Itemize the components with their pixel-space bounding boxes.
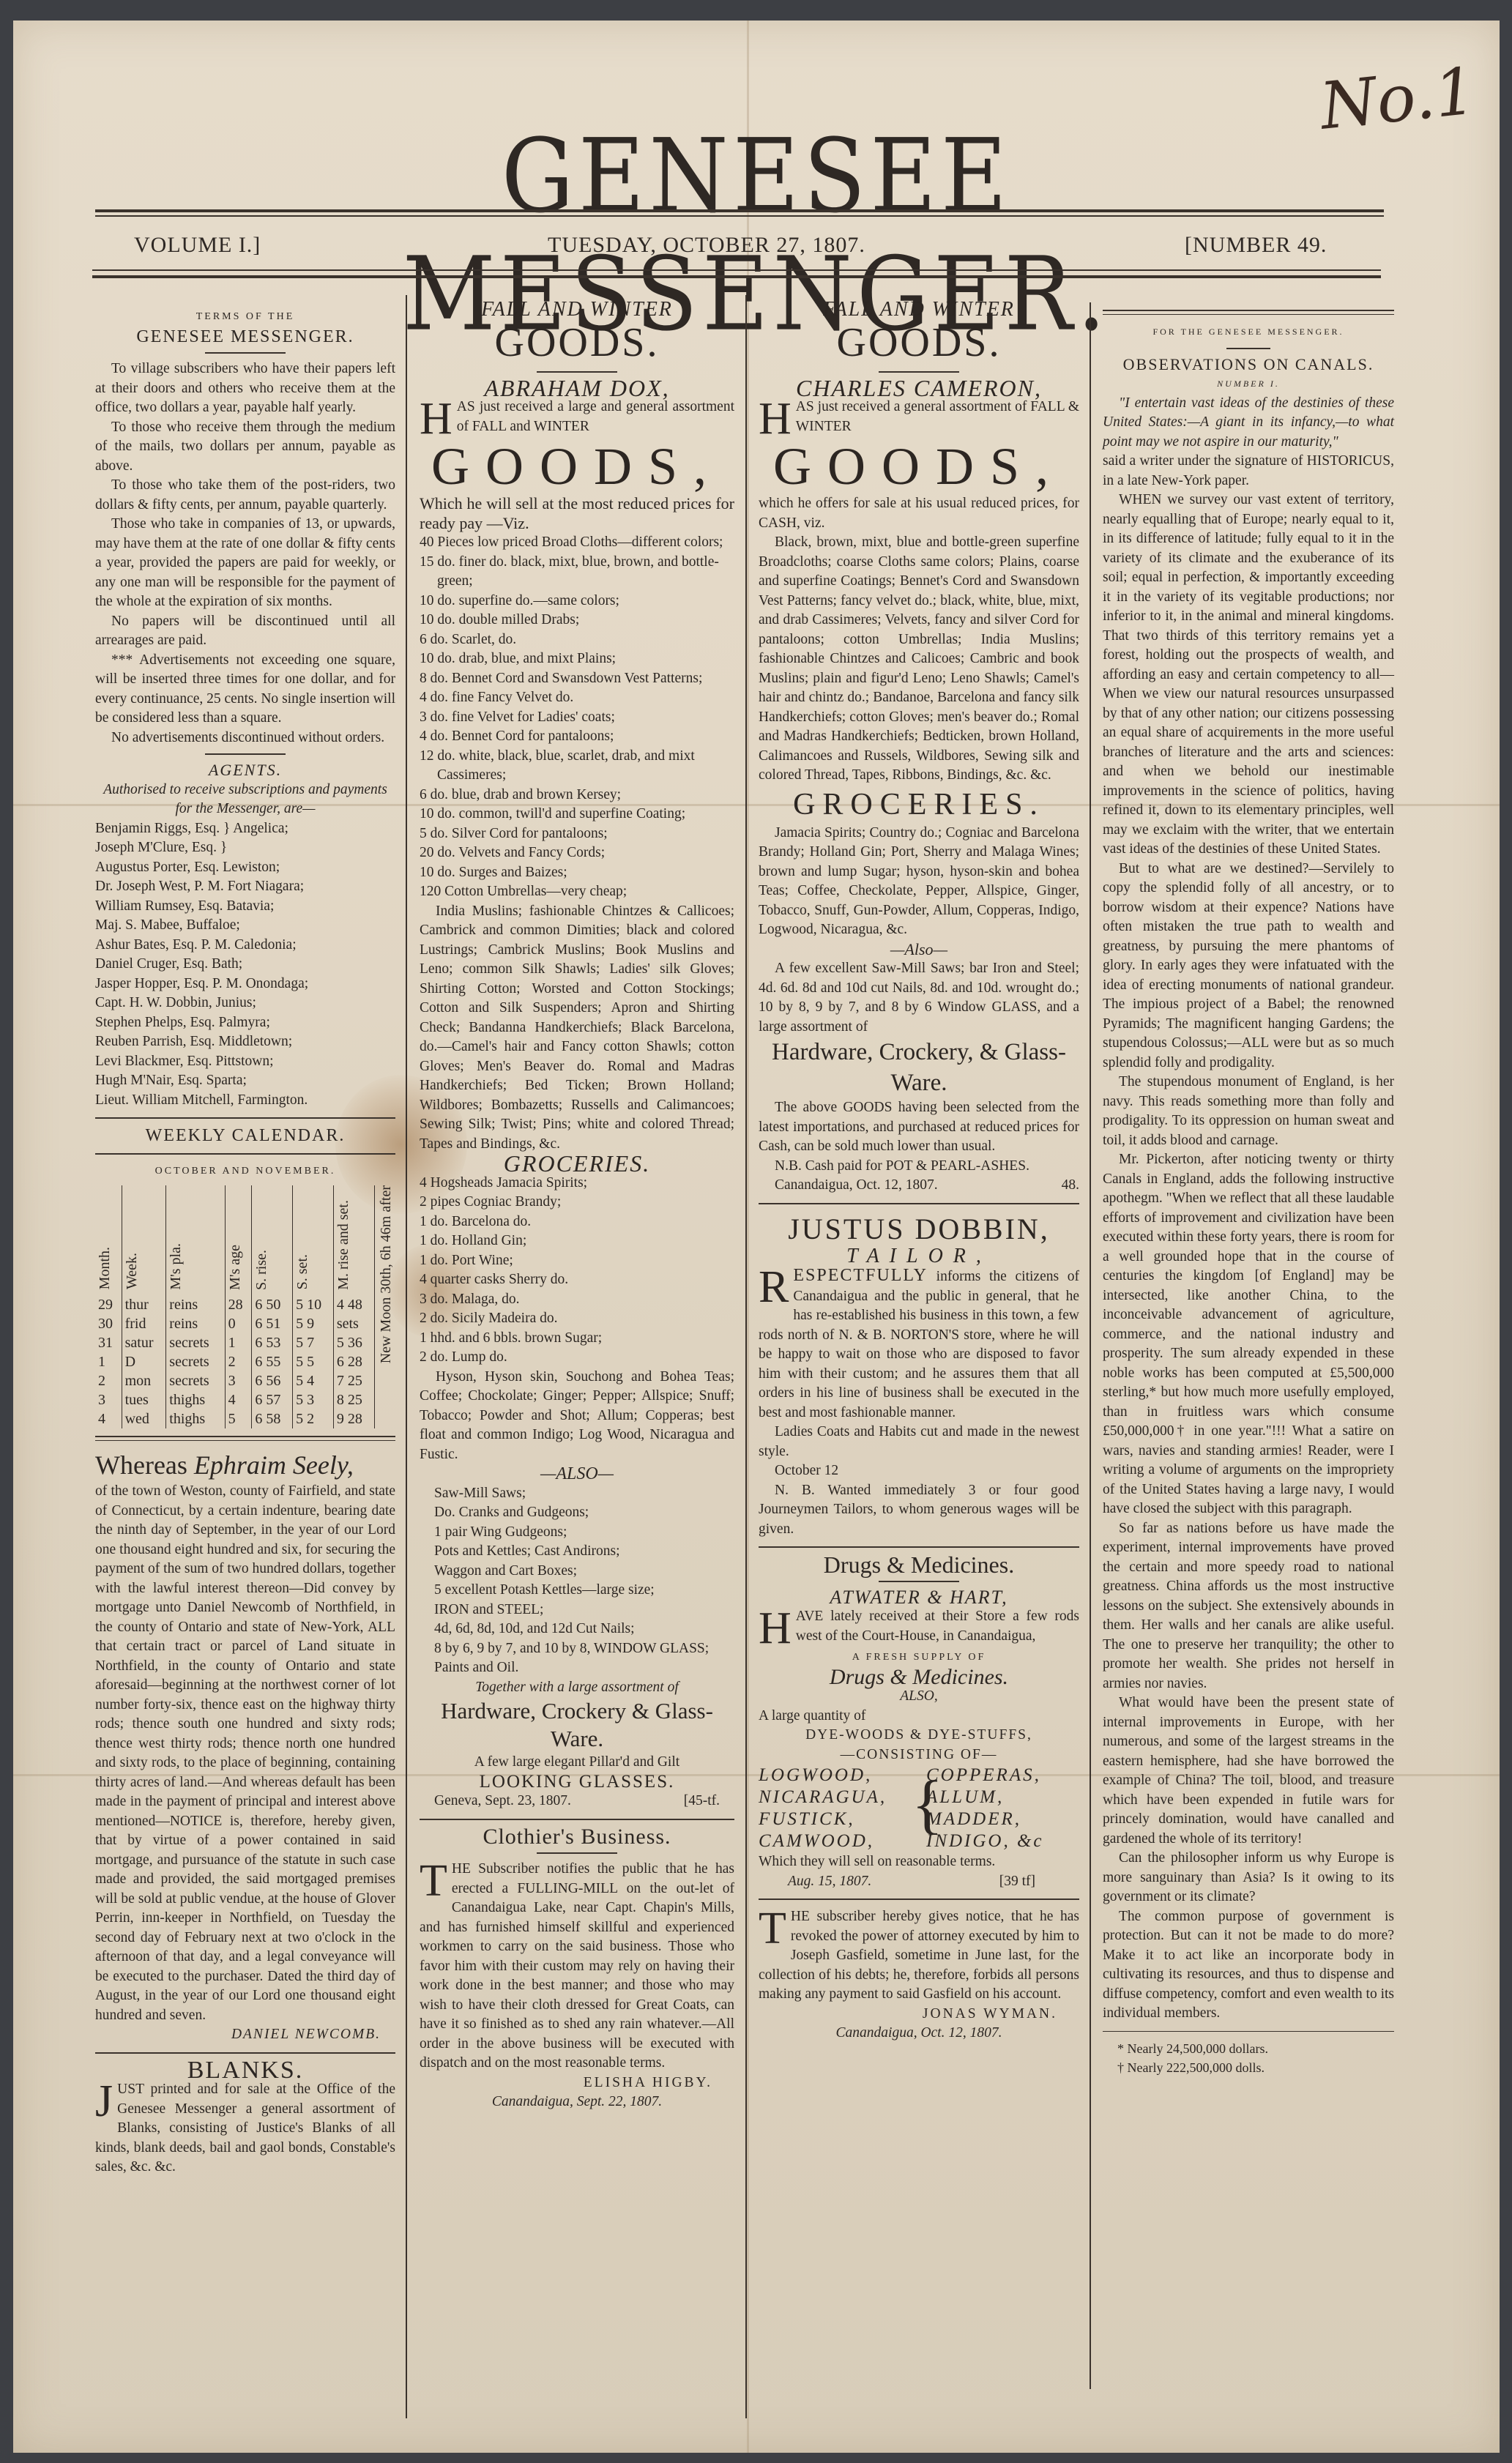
ad-date: October 12	[759, 1461, 1079, 1481]
ad-footer: Geneva, Sept. 23, 1807. [45-tf.	[420, 1792, 734, 1811]
column-rule	[1090, 302, 1091, 2389]
also-item: Waggon and Cart Boxes;	[434, 1562, 734, 1581]
divider	[205, 753, 286, 755]
essay-number: NUMBER I.	[1103, 374, 1394, 394]
terms-section: TERMS OF THE GENESEE MESSENGER. To villa…	[95, 308, 395, 748]
column-4: FOR THE GENESEE MESSENGER. OBSERVATIONS …	[1103, 310, 1394, 2078]
goods-item: 10 do. Surges and Baizes;	[420, 863, 734, 883]
divider	[420, 1819, 734, 1820]
terms-paragraph: No advertisements discontinued without o…	[95, 729, 395, 748]
fold-crease	[747, 21, 749, 2453]
terms-kicker: TERMS OF THE	[95, 308, 395, 327]
agent-entry: Levi Blackmer, Esq. Pittstown;	[95, 1052, 395, 1072]
cell: 5 2	[293, 1409, 334, 1428]
dye-item: MADDER,	[926, 1808, 1079, 1830]
agent-entry: Joseph M'Clure, Esq. }	[95, 838, 395, 858]
ad-dateline: Canandaigua, Sept. 22, 1807.	[420, 2093, 734, 2112]
divider	[879, 1581, 959, 1582]
cell: 6 56	[252, 1371, 293, 1390]
agent-entry: Capt. H. W. Dobbin, Junius;	[95, 994, 395, 1013]
agent-entry: Lieut. William Mitchell, Farmington.	[95, 1091, 395, 1111]
goods-item: 15 do. finer do. black, mixt, blue, brow…	[420, 553, 734, 592]
column-rule	[745, 295, 747, 2418]
hardware-display: Hardware, Crockery, & Glass-Ware.	[759, 1037, 1079, 1098]
agent-entry: Reuben Parrish, Esq. Middletown;	[95, 1032, 395, 1052]
ad-heading: GOODS.	[420, 320, 734, 365]
grocery-item: 1 do. Barcelona do.	[420, 1212, 734, 1232]
agent-entry: Dr. Joseph West, P. M. Fort Niagara;	[95, 877, 395, 897]
heading-word: Whereas	[95, 1450, 187, 1480]
divider	[1103, 310, 1394, 311]
cell: 29	[95, 1295, 122, 1314]
cell: 4	[225, 1390, 252, 1409]
also-item: 1 pair Wing Gudgeons;	[434, 1523, 734, 1543]
ad-ref: [39 tf]	[999, 1872, 1035, 1892]
nb-line: N.B. Cash paid for POT & PEARL-ASHES.	[759, 1157, 1079, 1177]
essay-heading: OBSERVATIONS ON CANALS.	[1103, 355, 1394, 375]
goods-item: 10 do. superfine do.—same colors;	[420, 592, 734, 611]
cell: 2	[95, 1371, 122, 1390]
grocery-item: 2 do. Sicily Madeira do.	[420, 1309, 734, 1329]
divider	[95, 215, 1384, 217]
divider	[95, 1153, 395, 1155]
goods-item: 120 Cotton Umbrellas—very cheap;	[420, 882, 734, 902]
essay-paragraph: WHEN we survey our vast extent of territ…	[1103, 491, 1394, 860]
goods-item: 10 do. common, twill'd and superfine Coa…	[420, 805, 734, 824]
ad-heading: JUSTUS DOBBIN,	[759, 1212, 1079, 1247]
essay-quote: "I entertain vast ideas of the destinies…	[1103, 394, 1394, 452]
also-item: 4d, 6d, 8d, 10d, and 12d Cut Nails;	[434, 1620, 734, 1639]
divider	[92, 275, 1381, 278]
also-item: Paints and Oil.	[434, 1658, 734, 1678]
goods-item: 6 do. blue, drab and brown Kersey;	[420, 786, 734, 805]
terms-paragraph: To those who take them of the post-rider…	[95, 476, 395, 515]
also-list: Saw-Mill Saws; Do. Cranks and Gudgeons; …	[420, 1484, 734, 1678]
agents-intro: Authorised to receive subscriptions and …	[95, 780, 395, 819]
cell: secrets	[166, 1371, 225, 1390]
cameron-advertisement: FALL AND WINTER GOODS. CHARLES CAMERON, …	[759, 300, 1079, 1196]
goods-item: 4 do. fine Fancy Velvet do.	[420, 688, 734, 708]
hardware-display: Hardware, Crockery & Glass-Ware.	[420, 1697, 734, 1753]
dye-list-left: LOGWOOD, NICARAGUA, FUSTICK, CAMWOOD,	[759, 1765, 912, 1852]
agents-list: Benjamin Riggs, Esq. } Angelica; Joseph …	[95, 819, 395, 1111]
also-item: 8 by 6, 9 by 7, and 10 by 8, WINDOW GLAS…	[434, 1639, 734, 1659]
cell: tues	[122, 1390, 166, 1409]
divider	[1226, 348, 1270, 349]
cell: 3	[225, 1371, 252, 1390]
cell: 31	[95, 1333, 122, 1352]
divider	[95, 1436, 395, 1437]
signature: ELISHA HIGBY.	[420, 2073, 734, 2093]
dox-advertisement: FALL AND WINTER GOODS. ABRAHAM DOX, H AS…	[420, 300, 734, 1811]
clothier-advertisement: Clothier's Business. T HE Subscriber not…	[420, 1827, 734, 2112]
dye-list: LOGWOOD, NICARAGUA, FUSTICK, CAMWOOD, { …	[759, 1765, 1079, 1852]
lead-caps: ESPECTFULLY	[793, 1266, 928, 1285]
consisting-line: —CONSISTING OF—	[759, 1745, 1079, 1765]
calendar-header-row: Month. Week. M's pla. M's age S. rise. S…	[95, 1185, 374, 1295]
dry-goods-paragraph: India Muslins; fashionable Chintzes & Ca…	[420, 902, 734, 1155]
cell: 8 25	[333, 1390, 373, 1409]
agent-entry: Stephen Phelps, Esq. Palmyra;	[95, 1013, 395, 1033]
cell: 30	[95, 1314, 122, 1333]
notice-dateline: Canandaigua, Oct. 12, 1807.	[759, 2024, 1079, 2043]
essay-paragraph: So far as nations before us have made th…	[1103, 1519, 1394, 1694]
merchant-name: CHARLES CAMERON,	[759, 379, 1079, 398]
divider	[537, 371, 617, 373]
calendar-subheading: OCTOBER AND NOVEMBER.	[95, 1162, 395, 1182]
cell: 0	[225, 1314, 252, 1333]
cell: 7 25	[333, 1371, 373, 1390]
essay-paragraph: Mr. Pickerton, after noticing twenty or …	[1103, 1150, 1394, 1519]
groceries-heading: GROCERIES.	[420, 1154, 734, 1174]
brace-icon: {	[912, 1765, 926, 1852]
goods-list: 40 Pieces low priced Broad Cloths—differ…	[420, 533, 734, 902]
drugs-advertisement: Drugs & Medicines. ATWATER & HART, H AVE…	[759, 1555, 1079, 1891]
wyman-notice: T HE subscriber hereby gives notice, tha…	[759, 1907, 1079, 2043]
grocery-item: 1 do. Port Wine;	[420, 1251, 734, 1271]
goods-item: 4 do. Bennet Cord for pantaloons;	[420, 727, 734, 747]
cell: wed	[122, 1409, 166, 1428]
calendar-row: 2monsecrets36 565 47 25	[95, 1371, 374, 1390]
essay-quote-attribution: said a writer under the signature of HIS…	[1103, 452, 1394, 491]
cell: 6 53	[252, 1333, 293, 1352]
ad-heading: Clothier's Business.	[420, 1827, 734, 1847]
issue-number: [NUMBER 49.	[1185, 233, 1327, 258]
cell: satur	[122, 1333, 166, 1352]
also-item: IRON and STEEL;	[434, 1601, 734, 1620]
looking-glass-line: A few large elegant Pillar'd and Gilt	[420, 1753, 734, 1773]
clothier-body-wrap: T HE Subscriber notifies the public that…	[420, 1860, 734, 2073]
blanks-heading: BLANKS.	[95, 2061, 395, 2081]
agents-section: AGENTS. Authorised to receive subscripti…	[95, 761, 395, 1110]
together-line: Together with a large assortment of	[420, 1678, 734, 1698]
heading-name: Ephraim Seely,	[194, 1450, 354, 1480]
cell: reins	[166, 1314, 225, 1333]
goods-item: 20 do. Velvets and Fancy Cords;	[420, 843, 734, 863]
dye-list-right: COPPERAS, ALLUM, MADDER, INDIGO, &c	[926, 1765, 1079, 1852]
grocery-item: 4 Hogsheads Jamacia Spirits;	[420, 1174, 734, 1193]
cell: 3	[95, 1390, 122, 1409]
column-header: S. rise.	[252, 1250, 272, 1290]
merchant-name: ABRAHAM DOX,	[420, 379, 734, 398]
groceries-heading: GROCERIES.	[759, 786, 1079, 824]
dateline: VOLUME I.] TUESDAY, OCTOBER 27, 1807. [N…	[108, 233, 1390, 262]
cell: 5 5	[293, 1352, 334, 1371]
clothier-body: HE Subscriber notifies the public that h…	[420, 1861, 734, 2071]
quantity-line: A large quantity of	[759, 1707, 1079, 1726]
terms-paragraph: To village subscribers who have their pa…	[95, 359, 395, 418]
goods-item: 12 do. white, black, blue, scarlet, drab…	[420, 747, 734, 786]
cell: thur	[122, 1295, 166, 1314]
canals-essay: FOR THE GENESEE MESSENGER. OBSERVATIONS …	[1103, 322, 1394, 2078]
divider	[537, 1852, 617, 1854]
grocery-item: 2 do. Lump do.	[420, 1348, 734, 1368]
moon-phase-note: New Moon 30th, 6h 46m after	[376, 1185, 396, 1363]
ad-intro-wrap: H AS just received a general assortment …	[759, 398, 1079, 436]
agent-entry: Augustus Porter, Esq. Lewiston;	[95, 858, 395, 878]
cell: 2	[225, 1352, 252, 1371]
essay-paragraph: The common purpose of government is prot…	[1103, 1907, 1394, 2024]
essay-paragraph: Can the philosopher inform us why Europe…	[1103, 1849, 1394, 1907]
cell: 1	[95, 1352, 122, 1371]
ad-dateline: Aug. 15, 1807.	[788, 1872, 871, 1892]
drugs-display: Drugs & Medicines.	[759, 1668, 1079, 1688]
also-item: Do. Cranks and Gudgeons;	[434, 1503, 734, 1523]
agents-heading: AGENTS.	[95, 761, 395, 780]
cell: 5 7	[293, 1333, 334, 1352]
goods-item: 3 do. fine Velvet for Ladies' coats;	[420, 708, 734, 728]
merchant-name: ATWATER & HART,	[759, 1588, 1079, 1608]
terms-paragraph: To those who receive them through the me…	[95, 418, 395, 477]
grocery-item: 1 hhd. and 6 bbls. brown Sugar;	[420, 1329, 734, 1349]
ad-footer: Aug. 15, 1807. [39 tf]	[759, 1872, 1079, 1892]
calendar-section: WEEKLY CALENDAR. OCTOBER AND NOVEMBER. M…	[95, 1126, 395, 1428]
cell: reins	[166, 1295, 225, 1314]
divider	[759, 1203, 1079, 1204]
ad-dateline: Geneva, Sept. 23, 1807.	[434, 1792, 571, 1811]
column-header: Month.	[95, 1247, 115, 1289]
looking-glass-caps: LOOKING GLASSES.	[420, 1773, 734, 1792]
cell: frid	[122, 1314, 166, 1333]
terms-heading: GENESEE MESSENGER.	[95, 327, 395, 347]
calendar-row: 29thurreins286 505 104 48	[95, 1295, 374, 1314]
issue-date: TUESDAY, OCTOBER 27, 1807.	[548, 233, 865, 258]
dye-item: LOGWOOD,	[759, 1765, 912, 1786]
drop-cap: H	[759, 399, 792, 439]
column-rule	[406, 295, 407, 2418]
divider	[1103, 2031, 1394, 2032]
cell: 28	[225, 1295, 252, 1314]
calendar-row: 3tuesthighs46 575 38 25	[95, 1390, 374, 1409]
mortgage-body: of the town of Weston, county of Fairfie…	[95, 1482, 395, 2025]
dye-item: COPPERAS,	[926, 1765, 1079, 1786]
dobbin-body: informs the citizens of Canandaigua and …	[759, 1269, 1079, 1420]
dye-item: INDIGO, &c	[926, 1830, 1079, 1852]
blanks-body: UST printed and for sale at the Office o…	[95, 2082, 395, 2175]
cell: 4 48	[333, 1295, 373, 1314]
cell: 5 9	[293, 1314, 334, 1333]
agent-entry: Ashur Bates, Esq. P. M. Caledonia;	[95, 936, 395, 955]
volume-label: VOLUME I.]	[134, 233, 261, 258]
ad-lead: which he offers for sale at his usual re…	[759, 494, 1079, 533]
divider	[759, 1899, 1079, 1900]
ad-dateline: Canandaigua, Oct. 12, 1807.	[775, 1176, 938, 1196]
cell: secrets	[166, 1333, 225, 1352]
cell: 5 3	[293, 1390, 334, 1409]
calendar-table: Month. Week. M's pla. M's age S. rise. S…	[95, 1185, 374, 1428]
ad-kicker: FALL AND WINTER	[759, 300, 1079, 320]
also-heading: —Also—	[759, 940, 1079, 960]
goods-display: GOODS,	[759, 439, 1079, 494]
cell: 6 50	[252, 1295, 293, 1314]
closing-paragraph: The above GOODS having been selected fro…	[759, 1098, 1079, 1157]
grocery-item: 2 pipes Cogniac Brandy;	[420, 1193, 734, 1212]
drop-cap: J	[95, 2082, 113, 2121]
terms-line: Which they will sell on reasonable terms…	[759, 1852, 1079, 1872]
signature: DANIEL NEWCOMB.	[95, 2025, 395, 2045]
handwritten-number: No.1	[1317, 53, 1479, 144]
cell: D	[122, 1352, 166, 1371]
ad-footer: Canandaigua, Oct. 12, 1807. 48.	[759, 1176, 1079, 1196]
footnote: * Nearly 24,500,000 dollars.	[1103, 2039, 1394, 2059]
agent-entry: William Rumsey, Esq. Batavia;	[95, 897, 395, 917]
dobbin-advertisement: JUSTUS DOBBIN, TAILOR, R ESPECTFULLY inf…	[759, 1212, 1079, 1540]
dye-item: FUSTICK,	[759, 1808, 912, 1830]
divider	[1103, 314, 1394, 315]
footnote: † Nearly 222,500,000 dolls.	[1103, 2058, 1394, 2078]
mortgage-notice: Whereas Ephraim Seely, of the town of We…	[95, 1448, 395, 2045]
ad-lead: Which he will sell at the most reduced p…	[420, 494, 734, 533]
agent-entry: Jasper Hopper, Esq. P. M. Onondaga;	[95, 975, 395, 994]
ad-intro: AS just received a general assortment of…	[796, 399, 1079, 434]
ad-kicker: FALL AND WINTER	[420, 300, 734, 320]
cell: thighs	[166, 1390, 225, 1409]
trade-label: TAILOR,	[759, 1247, 1079, 1267]
goods-item: 40 Pieces low priced Broad Cloths—differ…	[420, 533, 734, 553]
calendar-row: 31satursecrets16 535 75 36	[95, 1333, 374, 1352]
goods-item: 10 do. drab, blue, and mixt Plains;	[420, 649, 734, 669]
terms-paragraph: Those who take in companies of 13, or up…	[95, 515, 395, 612]
cell: 5	[225, 1409, 252, 1428]
agent-entry: Daniel Cruger, Esq. Bath;	[95, 955, 395, 975]
cell: 6 57	[252, 1390, 293, 1409]
newspaper-page: No.1 GENESEE MESSENGER. VOLUME I.] TUESD…	[13, 21, 1500, 2453]
cell: secrets	[166, 1352, 225, 1371]
blanks-notice: BLANKS. J UST printed and for sale at th…	[95, 2061, 395, 2177]
groceries-list: 4 Hogsheads Jamacia Spirits; 2 pipes Cog…	[420, 1174, 734, 1368]
essay-paragraph: What would have been the present state o…	[1103, 1693, 1394, 1849]
column-header: S. set.	[293, 1254, 313, 1289]
cell: 1	[225, 1333, 252, 1352]
drop-cap: T	[759, 1909, 786, 1948]
divider	[95, 2052, 395, 2054]
column-header: M's pla.	[166, 1243, 186, 1290]
ad-heading: Drugs & Medicines.	[759, 1555, 1079, 1575]
calendar-heading: WEEKLY CALENDAR.	[95, 1126, 395, 1146]
goods-item: 10 do. double milled Drabs;	[420, 611, 734, 630]
divider	[879, 371, 959, 373]
essay-kicker: FOR THE GENESEE MESSENGER.	[1103, 322, 1394, 342]
groceries-paragraph: Jamacia Spirits; Country do.; Cogniac an…	[759, 824, 1079, 940]
ad-ref: [45-tf.	[684, 1792, 720, 1811]
signature: JONAS WYMAN.	[759, 2005, 1079, 2024]
divider	[95, 1117, 395, 1119]
essay-paragraph: But to what are we destined?—Servilely t…	[1103, 860, 1394, 1073]
essay-paragraph: The stupendous monument of England, is h…	[1103, 1073, 1394, 1150]
calendar-table-wrap: Month. Week. M's pla. M's age S. rise. S…	[95, 1185, 395, 1428]
ad-ref: 48.	[1062, 1176, 1079, 1196]
cell: sets	[333, 1314, 373, 1333]
dyes-line: DYE-WOODS & DYE-STUFFS,	[759, 1726, 1079, 1745]
dye-item: ALLUM,	[926, 1786, 1079, 1808]
drugs-intro-wrap: H AVE lately received at their Store a f…	[759, 1607, 1079, 1646]
divider	[205, 352, 286, 354]
column-header: M. rise and set.	[334, 1200, 354, 1290]
cell: 6 58	[252, 1409, 293, 1428]
cell: 9 28	[333, 1409, 373, 1428]
cell: 5 4	[293, 1371, 334, 1390]
also-item: Saw-Mill Saws;	[434, 1484, 734, 1504]
cell: 6 51	[252, 1314, 293, 1333]
divider	[95, 209, 1384, 212]
goods-display: GOODS,	[420, 439, 734, 494]
dry-goods-paragraph: Black, brown, mixt, blue and bottle-gree…	[759, 533, 1079, 786]
column-1: TERMS OF THE GENESEE MESSENGER. To villa…	[95, 308, 395, 2177]
goods-item: 5 do. Silver Cord for pantaloons;	[420, 824, 734, 844]
goods-item: 8 do. Bennet Cord and Swansdown Vest Pat…	[420, 669, 734, 689]
cell: 6 55	[252, 1352, 293, 1371]
divider	[92, 269, 1381, 271]
column-2: FALL AND WINTER GOODS. ABRAHAM DOX, H AS…	[420, 300, 734, 2112]
agent-entry: Maj. S. Mabee, Buffaloe;	[95, 916, 395, 936]
column-3: FALL AND WINTER GOODS. CHARLES CAMERON, …	[759, 300, 1079, 2043]
grocery-item: 3 do. Malaga, do.	[420, 1290, 734, 1310]
drugs-intro: AVE lately received at their Store a few…	[796, 1609, 1079, 1644]
calendar-row: 4wedthighs56 585 29 28	[95, 1409, 374, 1428]
drop-cap: H	[759, 1609, 792, 1648]
ad-heading: GOODS.	[759, 320, 1079, 365]
also-item: 5 excellent Potash Kettles—large size;	[434, 1581, 734, 1601]
terms-paragraph: *** Advertisements not exceeding one squ…	[95, 651, 395, 729]
divider	[759, 1546, 1079, 1548]
cell: mon	[122, 1371, 166, 1390]
cell: 4	[95, 1409, 122, 1428]
dobbin-body-wrap: R ESPECTFULLY informs the citizens of Ca…	[759, 1266, 1079, 1423]
cell: 5 36	[333, 1333, 373, 1352]
agent-entry: Benjamin Riggs, Esq. } Angelica;	[95, 819, 395, 839]
wyman-body: HE subscriber hereby gives notice, that …	[759, 1909, 1079, 2002]
cell: 5 10	[293, 1295, 334, 1314]
blanks-body-wrap: J UST printed and for sale at the Office…	[95, 2080, 395, 2177]
nb-line: N. B. Wanted immediately 3 or four good …	[759, 1481, 1079, 1540]
terms-paragraph: No papers will be discontinued until all…	[95, 612, 395, 651]
teas-paragraph: Hyson, Hyson skin, Souchong and Bohea Te…	[420, 1368, 734, 1465]
column-header: M's age	[226, 1245, 245, 1290]
ad-intro-wrap: H AS just received a large and general a…	[420, 398, 734, 436]
wyman-body-wrap: T HE subscriber hereby gives notice, tha…	[759, 1907, 1079, 2005]
moon-note-wrap: New Moon 30th, 6h 46m after	[374, 1185, 396, 1428]
mortgage-heading: Whereas Ephraim Seely,	[95, 1448, 395, 1482]
also-line: ALSO,	[759, 1687, 1079, 1707]
column-header: Week.	[122, 1253, 142, 1289]
goods-item: 6 do. Scarlet, do.	[420, 630, 734, 650]
cell: 6 28	[333, 1352, 373, 1371]
also-paragraph: A few excellent Saw-Mill Saws; bar Iron …	[759, 959, 1079, 1037]
dye-item: CAMWOOD,	[759, 1830, 912, 1852]
calendar-row: 1Dsecrets26 555 56 28	[95, 1352, 374, 1371]
also-item: Pots and Kettles; Cast Andirons;	[434, 1542, 734, 1562]
also-heading: —ALSO—	[420, 1464, 734, 1484]
ad-intro: AS just received a large and general ass…	[457, 399, 734, 434]
drop-cap: T	[420, 1861, 447, 1901]
calendar-row: 30fridreins06 515 9sets	[95, 1314, 374, 1333]
ladies-line: Ladies Coats and Habits cut and made in …	[759, 1423, 1079, 1461]
grocery-item: 4 quarter casks Sherry do.	[420, 1270, 734, 1290]
grocery-item: 1 do. Holland Gin;	[420, 1231, 734, 1251]
dye-item: NICARAGUA,	[759, 1786, 912, 1808]
drop-cap: R	[759, 1267, 789, 1307]
divider	[95, 1440, 395, 1441]
drop-cap: H	[420, 399, 453, 439]
cell: thighs	[166, 1409, 225, 1428]
agent-entry: Hugh M'Nair, Esq. Sparta;	[95, 1071, 395, 1091]
